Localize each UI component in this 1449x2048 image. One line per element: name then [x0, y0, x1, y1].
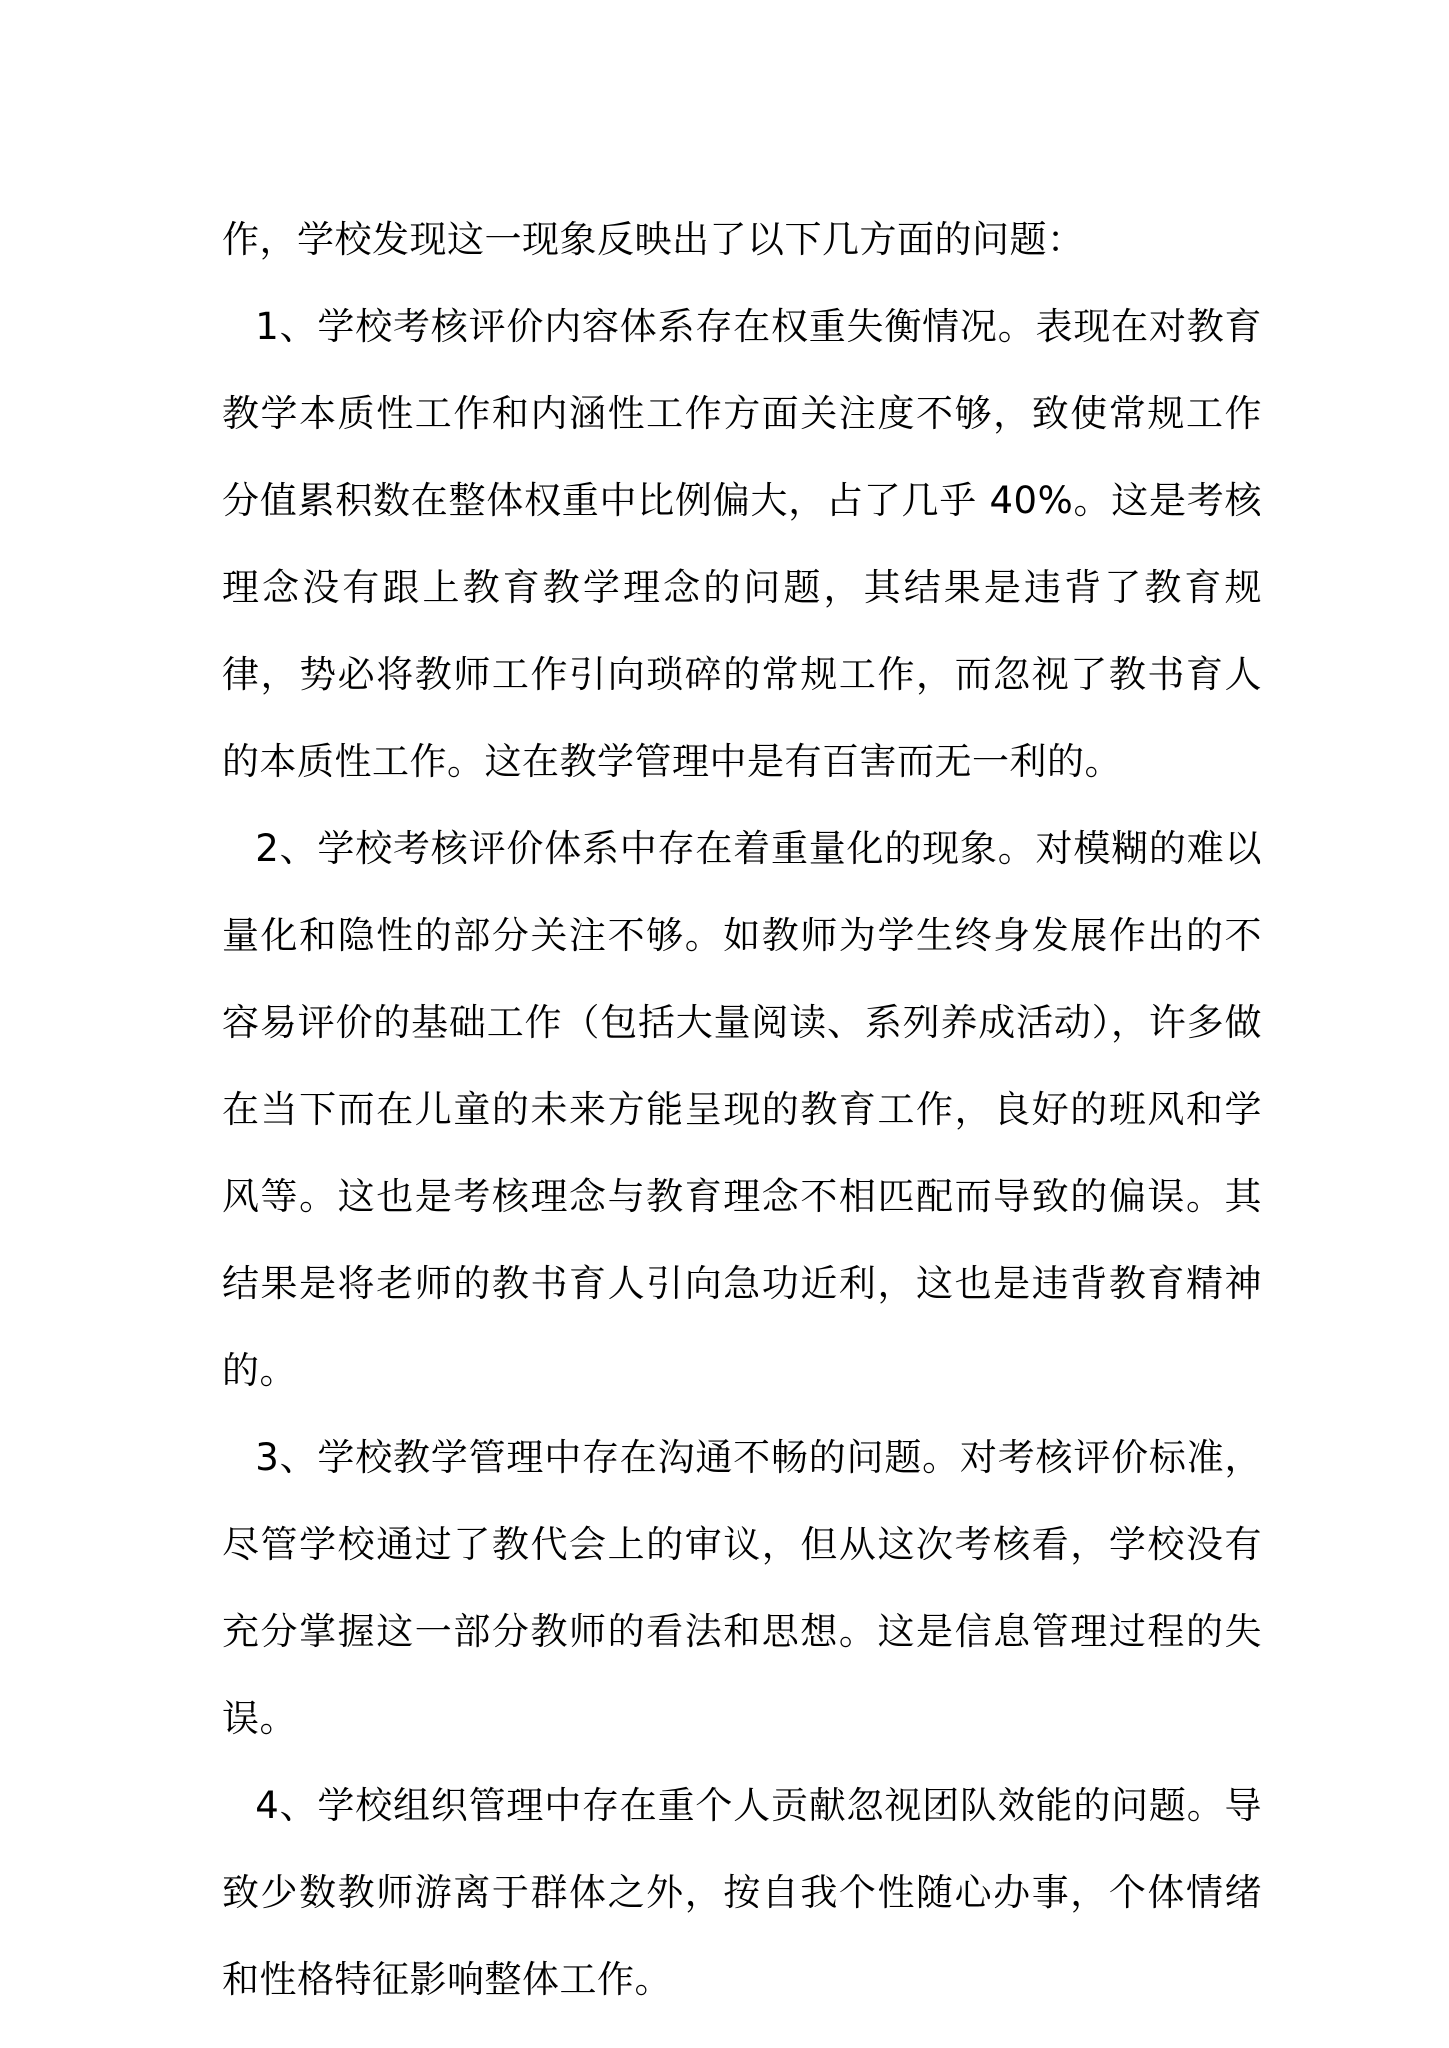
paragraph-problem-3: 3、学校教学管理中存在沟通不畅的问题。对考核评价标准，尽管学校通过了教代会上的审… [222, 1414, 1262, 1762]
paragraph-problem-4: 4、学校组织管理中存在重个人贡献忽视团队效能的问题。导致少数教师游离于群体之外，… [222, 1762, 1262, 2023]
document-text-block: 作，学校发现这一现象反映出了以下几方面的问题： 1、学校考核评价内容体系存在权重… [222, 196, 1262, 2023]
document-page: 作，学校发现这一现象反映出了以下几方面的问题： 1、学校考核评价内容体系存在权重… [0, 0, 1449, 2048]
continuation-line: 作，学校发现这一现象反映出了以下几方面的问题： [222, 196, 1262, 283]
paragraph-problem-1: 1、学校考核评价内容体系存在权重失衡情况。表现在对教育教学本质性工作和内涵性工作… [222, 283, 1262, 805]
paragraph-problem-2: 2、学校考核评价体系中存在着重量化的现象。对模糊的难以量化和隐性的部分关注不够。… [222, 805, 1262, 1414]
